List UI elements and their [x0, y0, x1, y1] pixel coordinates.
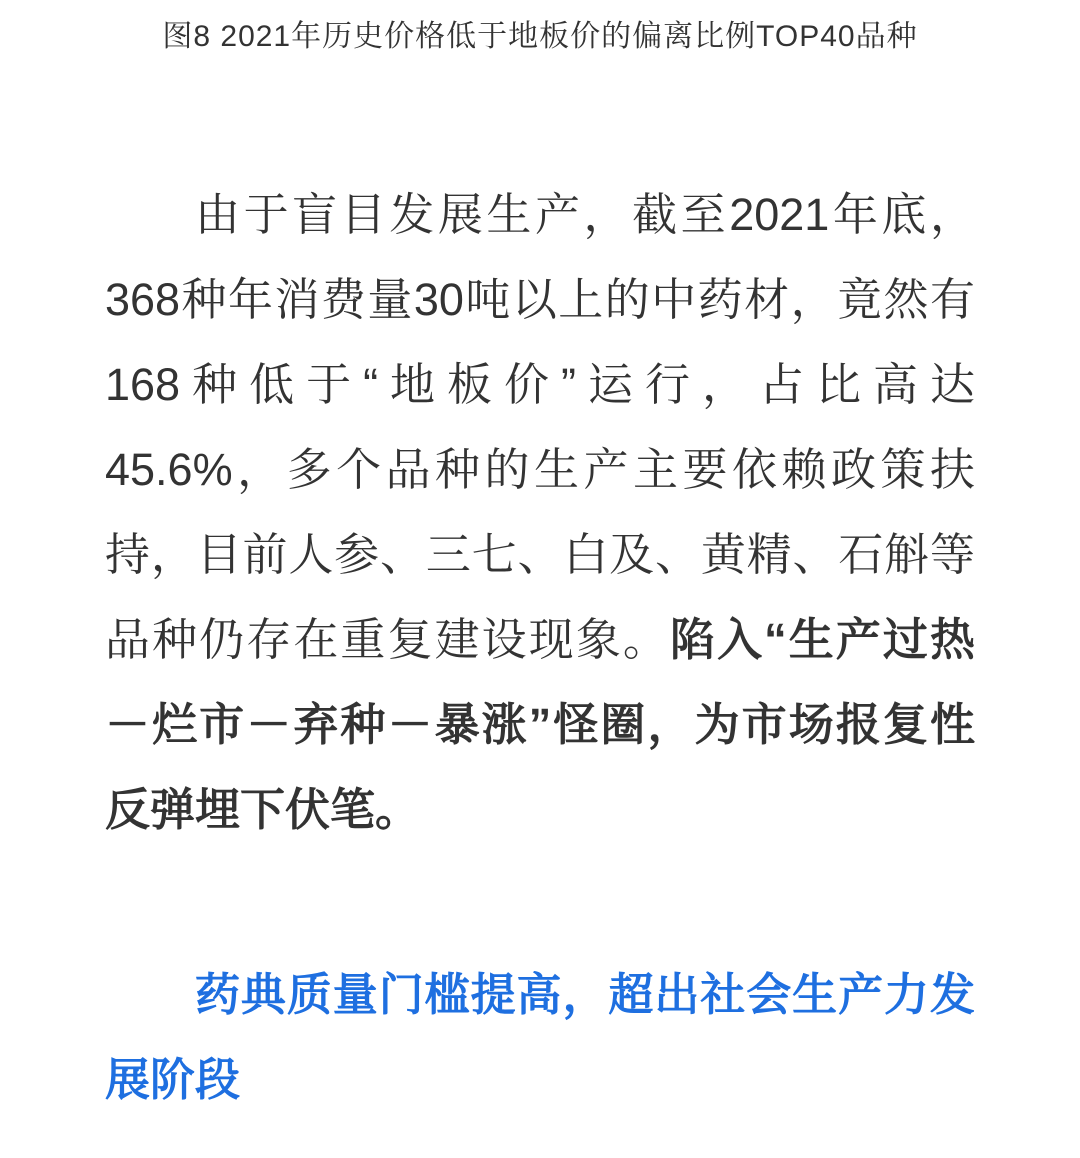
heading-line-text: 展阶段: [105, 1054, 240, 1105]
section-heading: 药典质量门槛提高，超出社会生产力发 展阶段: [105, 952, 975, 1122]
heading-line-text: 药典质量门槛提高，超出社会生产力发: [195, 969, 975, 1020]
body-line-text: 168种低于“地板价”运行，占比高达: [105, 359, 975, 410]
body-line: 品种仍存在重复建设现象。陷入“生产过热: [105, 597, 975, 682]
body-line-text: 由于盲目发展生产，截至2021年底，: [195, 189, 975, 240]
body-line: 368种年消费量30吨以上的中药材，竟然有: [105, 257, 975, 342]
body-line-text: 368种年消费量30吨以上的中药材，竟然有: [105, 274, 975, 325]
body-line-text: 持，目前人参、三七、白及、黄精、石斛等: [105, 529, 975, 580]
bold-emphasis: 陷入“生产过热: [670, 614, 975, 665]
body-line-text: 品种仍存在重复建设现象。: [105, 614, 670, 665]
body-line: 反弹埋下伏笔。: [105, 767, 975, 852]
heading-line: 药典质量门槛提高，超出社会生产力发: [105, 952, 975, 1037]
body-line: 168种低于“地板价”运行，占比高达: [105, 342, 975, 427]
body-line: 由于盲目发展生产，截至2021年底，: [105, 172, 975, 257]
bold-emphasis: －烂市－弃种－暴涨”怪圈，为市场报复性: [105, 699, 975, 750]
body-line: 持，目前人参、三七、白及、黄精、石斛等: [105, 512, 975, 597]
body-line: －烂市－弃种－暴涨”怪圈，为市场报复性: [105, 682, 975, 767]
heading-line: 展阶段: [105, 1037, 975, 1122]
figure-caption: 图8 2021年历史价格低于地板价的偏离比例TOP40品种: [0, 0, 1080, 60]
body-line-text: 45.6%，多个品种的生产主要依赖政策扶: [105, 444, 975, 495]
bold-emphasis: 反弹埋下伏笔。: [105, 784, 420, 835]
body-paragraph: 由于盲目发展生产，截至2021年底， 368种年消费量30吨以上的中药材，竟然有…: [105, 172, 975, 852]
document-page: 图8 2021年历史价格低于地板价的偏离比例TOP40品种 由于盲目发展生产，截…: [0, 0, 1080, 1158]
body-line: 45.6%，多个品种的生产主要依赖政策扶: [105, 427, 975, 512]
